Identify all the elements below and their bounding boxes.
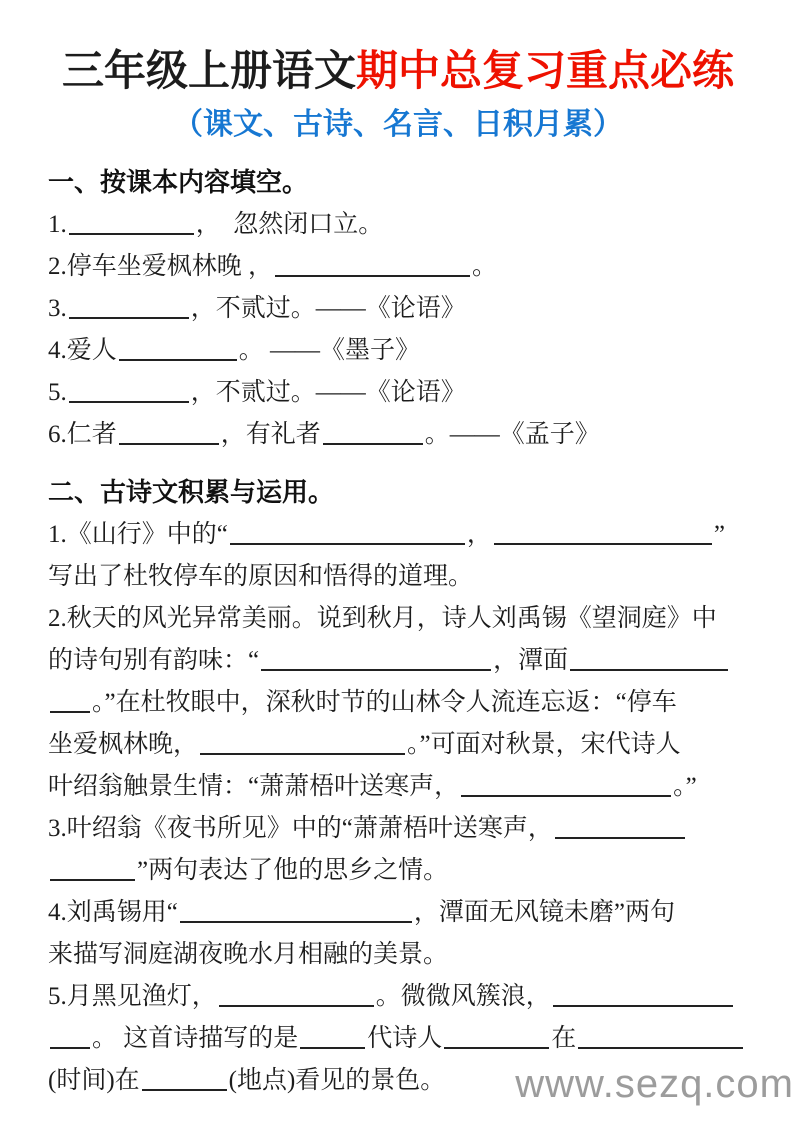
answer-blank <box>444 1023 549 1049</box>
answer-blank <box>50 687 90 713</box>
fill-blank-line-1-6: 6.仁者，有礼者。——《孟子》 <box>48 414 748 456</box>
text-segment: (时间)在 <box>48 1067 140 1094</box>
answer-blank <box>50 855 135 881</box>
answer-blank <box>555 813 685 839</box>
answer-blank <box>570 645 728 671</box>
fill-blank-line-2-2b: 的诗句别有韵味：“，潭面 <box>48 640 748 682</box>
text-segment: 3.叶绍翁《夜书所见》中的“萧萧梧叶送寒声， <box>48 815 553 842</box>
worksheet-page: 三年级上册语文期中总复习重点必练 （课文、古诗、名言、日积月累） 一、按课本内容… <box>0 0 800 1131</box>
text-segment: 2.秋天的风光异常美丽。说到秋月，诗人刘禹锡《望洞庭》中 <box>48 605 717 632</box>
fill-blank-line-2-2e: 叶绍翁触景生情：“萧萧梧叶送寒声，。” <box>48 766 748 808</box>
text-segment: ， <box>467 521 492 548</box>
text-segment: 4.刘禹锡用“ <box>48 899 178 926</box>
answer-blank <box>323 419 423 445</box>
answer-blank <box>275 251 470 277</box>
answer-blank <box>578 1023 743 1049</box>
text-segment: 的诗句别有韵味：“ <box>48 647 259 674</box>
text-segment: ，不贰过。——《论语》 <box>191 295 466 322</box>
text-segment: ，有礼者 <box>221 421 321 448</box>
fill-blank-line-2-5b: 。 这首诗描写的是代诗人在 <box>48 1018 748 1060</box>
text-segment: 。 这首诗描写的是 <box>92 1025 298 1052</box>
answer-blank <box>50 1023 90 1049</box>
text-segment: ，不贰过。——《论语》 <box>191 379 466 406</box>
text-segment: 来描写洞庭湖夜晚水月相融的美景。 <box>48 941 448 968</box>
answer-blank <box>219 981 374 1007</box>
text-segment: ，潭面无风镜未磨”两句 <box>414 899 675 926</box>
text-segment: 。 ——《墨子》 <box>239 337 420 364</box>
text-segment: 叶绍翁触景生情：“萧萧梧叶送寒声， <box>48 773 459 800</box>
fill-blank-line-1-1: 1.， 忽然闭口立。 <box>48 204 748 246</box>
text-segment: 5. <box>48 379 67 406</box>
section1-body: 1.， 忽然闭口立。 2.停车坐爱枫林晚 ，。 3.，不贰过。——《论语》 4.… <box>48 204 748 456</box>
text-segment: (地点)看见的景色。 <box>229 1067 446 1094</box>
text-segment: 。”在杜牧眼中，深秋时节的山林令人流连忘返：“停车 <box>92 689 677 716</box>
answer-blank <box>200 729 405 755</box>
text-segment: ， 忽然闭口立。 <box>196 211 384 238</box>
title-course-part: 三年级上册语文 <box>62 47 356 94</box>
fill-blank-line-1-2: 2.停车坐爱枫林晚 ，。 <box>48 246 748 288</box>
page-title: 三年级上册语文期中总复习重点必练 <box>48 44 748 98</box>
fill-blank-line-2-3b: ”两句表达了他的思乡之情。 <box>48 850 748 892</box>
text-line-2-1b: 写出了杜牧停车的原因和悟得的道理。 <box>48 556 748 598</box>
answer-blank <box>180 897 412 923</box>
text-segment: 。——《孟子》 <box>425 421 600 448</box>
fill-blank-line-1-5: 5.，不贰过。——《论语》 <box>48 372 748 414</box>
answer-blank <box>119 419 219 445</box>
text-segment: 。 <box>472 253 497 280</box>
answer-blank <box>494 519 712 545</box>
text-segment: 5.月黑见渔灯， <box>48 983 217 1010</box>
text-segment: 。” <box>673 773 697 800</box>
title-exam-part: 期中总复习重点必练 <box>356 47 734 94</box>
text-segment: 1.《山行》中的“ <box>48 521 228 548</box>
answer-blank <box>142 1065 227 1091</box>
answer-blank <box>69 209 194 235</box>
section1-heading: 一、按课本内容填空。 <box>48 162 748 202</box>
answer-blank <box>300 1023 365 1049</box>
fill-blank-line-2-2c: 。”在杜牧眼中，深秋时节的山林令人流连忘返：“停车 <box>48 682 748 724</box>
fill-blank-line-2-1a: 1.《山行》中的“，” <box>48 514 748 556</box>
fill-blank-line-1-4: 4.爱人。 ——《墨子》 <box>48 330 748 372</box>
fill-blank-line-2-2d: 坐爱枫林晚，。”可面对秋景，宋代诗人 <box>48 724 748 766</box>
fill-blank-line-2-5a: 5.月黑见渔灯，。微微风簇浪， <box>48 976 748 1018</box>
page-subtitle: （课文、古诗、名言、日积月累） <box>48 104 748 146</box>
section2-heading: 二、古诗文积累与运用。 <box>48 472 748 512</box>
fill-blank-line-2-4a: 4.刘禹锡用“，潭面无风镜未磨”两句 <box>48 892 748 934</box>
text-segment: 坐爱枫林晚， <box>48 731 198 758</box>
answer-blank <box>230 519 465 545</box>
fill-blank-line-2-3a: 3.叶绍翁《夜书所见》中的“萧萧梧叶送寒声， <box>48 808 748 850</box>
text-segment: 6.仁者 <box>48 421 117 448</box>
section2-body: 1.《山行》中的“，” 写出了杜牧停车的原因和悟得的道理。 2.秋天的风光异常美… <box>48 514 748 1102</box>
answer-blank <box>461 771 671 797</box>
watermark: www.sezq.com <box>515 1062 794 1107</box>
text-segment: ”两句表达了他的思乡之情。 <box>137 857 448 884</box>
text-segment: 2.停车坐爱枫林晚 ， <box>48 253 273 280</box>
text-segment: 。”可面对秋景，宋代诗人 <box>407 731 681 758</box>
text-segment: ” <box>714 521 725 548</box>
text-segment: 代诗人 <box>367 1025 442 1052</box>
text-segment: 3. <box>48 295 67 322</box>
text-segment: 1. <box>48 211 67 238</box>
fill-blank-line-1-3: 3.，不贰过。——《论语》 <box>48 288 748 330</box>
answer-blank <box>69 377 189 403</box>
answer-blank <box>69 293 189 319</box>
text-line-2-2a: 2.秋天的风光异常美丽。说到秋月，诗人刘禹锡《望洞庭》中 <box>48 598 748 640</box>
text-segment: 在 <box>551 1025 576 1052</box>
answer-blank <box>261 645 491 671</box>
text-segment: 4.爱人 <box>48 337 117 364</box>
text-line-2-4b: 来描写洞庭湖夜晚水月相融的美景。 <box>48 934 748 976</box>
answer-blank <box>119 335 237 361</box>
text-segment: 写出了杜牧停车的原因和悟得的道理。 <box>48 563 473 590</box>
text-segment: ，潭面 <box>493 647 568 674</box>
text-segment: 。微微风簇浪， <box>376 983 551 1010</box>
answer-blank <box>553 981 733 1007</box>
